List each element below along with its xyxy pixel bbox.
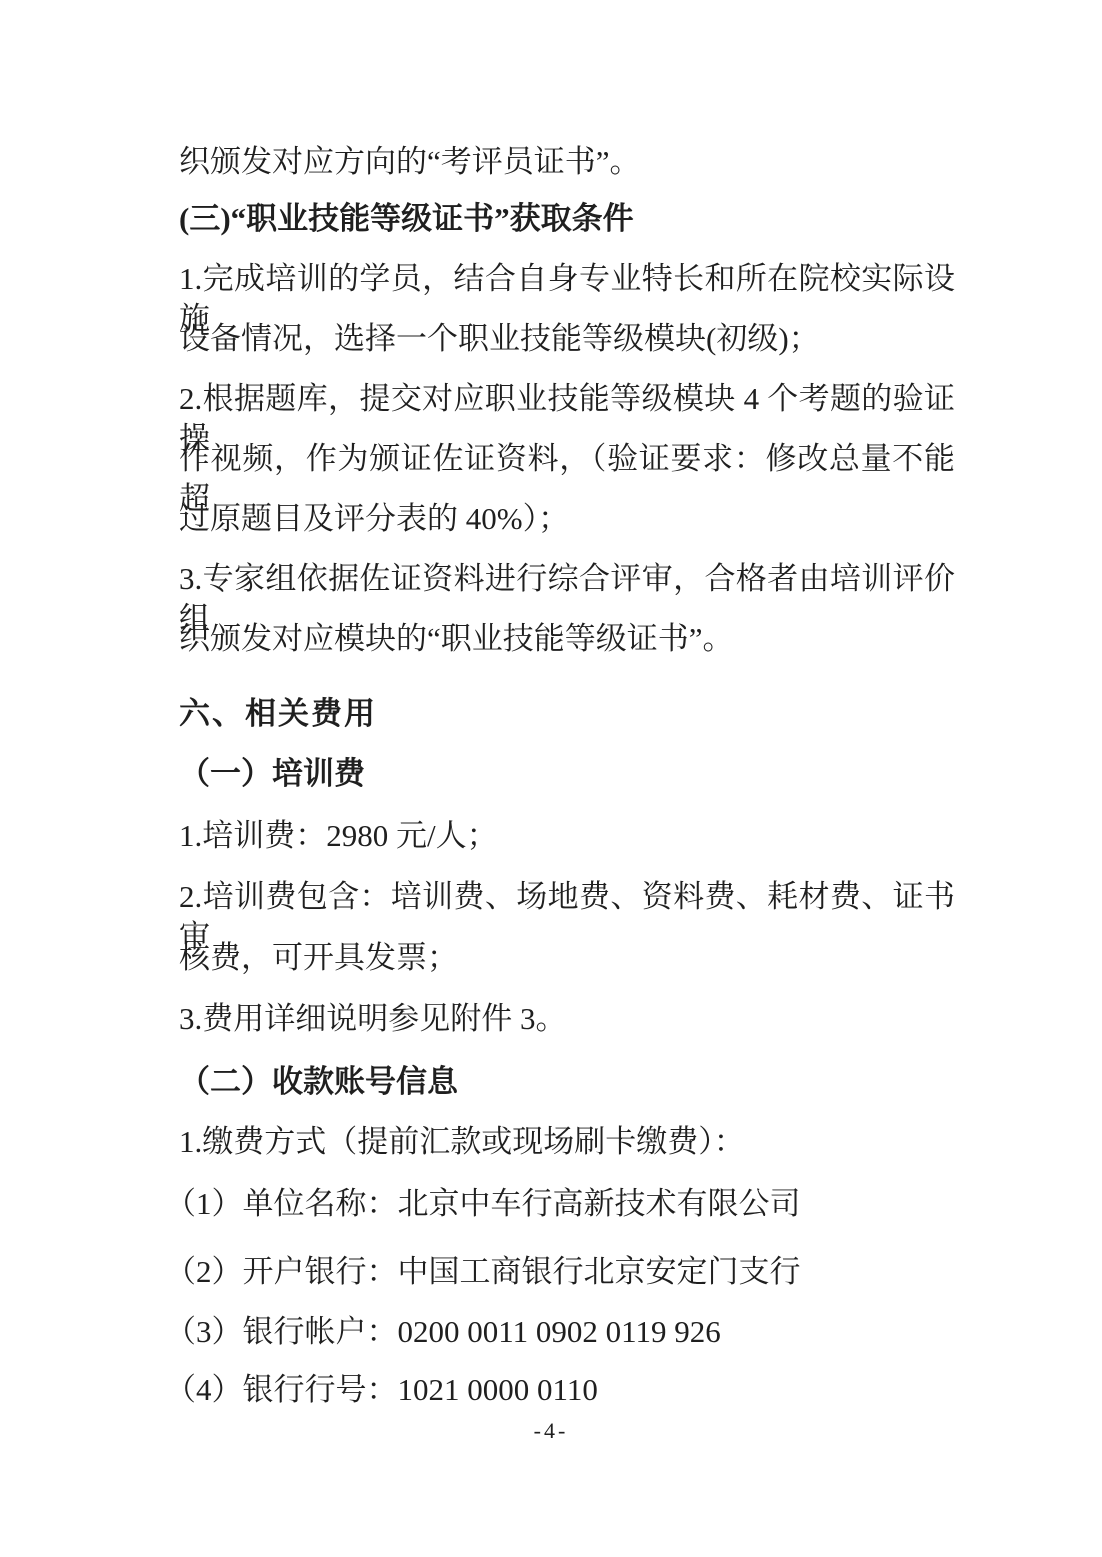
bank-name-line: （2）开户银行：中国工商银行北京安定门支行 [165, 1252, 955, 1292]
bank-account-number-line: （3）银行帐户：0200 0011 0902 0119 926 [165, 1312, 955, 1352]
bank-branch-code-line: （4）银行行号：1021 0000 0110 [165, 1370, 955, 1410]
paragraph-condition-3-line-2: 织颁发对应模块的“职业技能等级证书”。 [179, 619, 955, 659]
payment-method-line: 1.缴费方式（提前汇款或现场刷卡缴费）： [179, 1122, 955, 1162]
section-heading-related-fees: 六、相关费用 [179, 694, 955, 734]
paragraph-condition-1-line-2: 设备情况，选择一个职业技能等级模块(初级)； [179, 319, 955, 359]
training-fee-amount-line: 1.培训费：2980 元/人； [179, 816, 955, 856]
subsection-heading-payment-account-info: （二）收款账号信息 [179, 1062, 955, 1102]
heading-skill-certificate-conditions: (三)“职业技能等级证书”获取条件 [179, 199, 955, 239]
document-page: 织颁发对应方向的“考评员证书”。 (三)“职业技能等级证书”获取条件 1.完成培… [0, 0, 1102, 1557]
paragraph-assessor-certificate-continuation: 织颁发对应方向的“考评员证书”。 [179, 142, 955, 182]
subsection-heading-training-fee: （一）培训费 [179, 754, 955, 794]
training-fee-includes-line-2: 核费，可开具发票； [179, 938, 955, 978]
paragraph-condition-2-line-3: 过原题目及评分表的 40%）； [179, 499, 955, 539]
fee-details-attachment-line: 3.费用详细说明参见附件 3。 [179, 999, 955, 1039]
page-number: -4- [0, 1418, 1102, 1444]
company-name-line: （1）单位名称：北京中车行高新技术有限公司 [165, 1184, 955, 1224]
